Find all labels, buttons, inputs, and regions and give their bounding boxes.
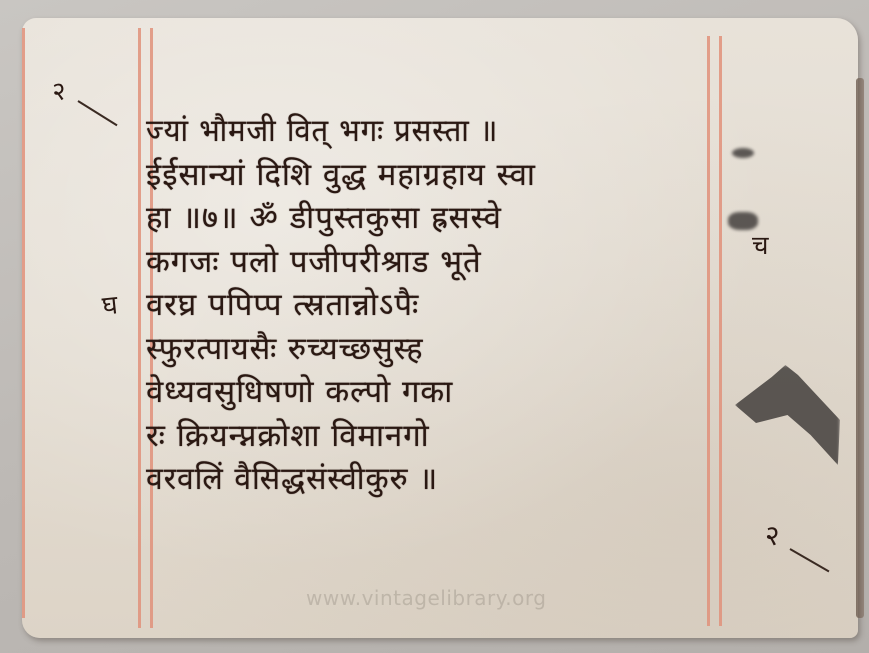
- text-line: स्फुरत्पायसैः रुच्यच्छसुस्ह: [146, 328, 734, 372]
- text-line: वरवलिं वैसिद्धसंस्वीकुरु ॥: [146, 458, 728, 502]
- text-line: रः क्रियन्प्नक्रोशा विमानगो: [146, 415, 746, 459]
- text-line: कगजः पलो पजीपरीश्राड भूते: [146, 241, 746, 285]
- paper-edge-shadow: [856, 78, 864, 618]
- text-line: वरघ्र पपिप्प त्स्रतान्नोऽपैः: [146, 284, 746, 328]
- text-line: ईर्ईसान्यां दिशि वुद्ध महाग्रहाय स्वा: [146, 154, 746, 198]
- ruling-line-outer-left: [22, 28, 25, 618]
- ruling-line-left-1: [138, 28, 141, 628]
- right-margin-glyph: च: [752, 226, 769, 262]
- manuscript-text: ज्यां भौमजी वित् भगः प्रसस्ता ॥ ईर्ईसान्…: [146, 110, 746, 502]
- page-number-bottom-right: २: [765, 516, 780, 554]
- text-line: वेध्यवसुधिषणो कल्पो गका: [146, 371, 746, 415]
- text-line: हा ॥७॥ ॐ डीपुस्तकुसा ह्रसस्वे: [146, 197, 746, 241]
- text-line: ज्यां भौमजी वित् भगः प्रसस्ता ॥: [146, 110, 710, 154]
- watermark: www.vintagelibrary.org: [306, 586, 546, 610]
- manuscript-photo: ज्यां भौमजी वित् भगः प्रसस्ता ॥ ईर्ईसान्…: [0, 0, 869, 653]
